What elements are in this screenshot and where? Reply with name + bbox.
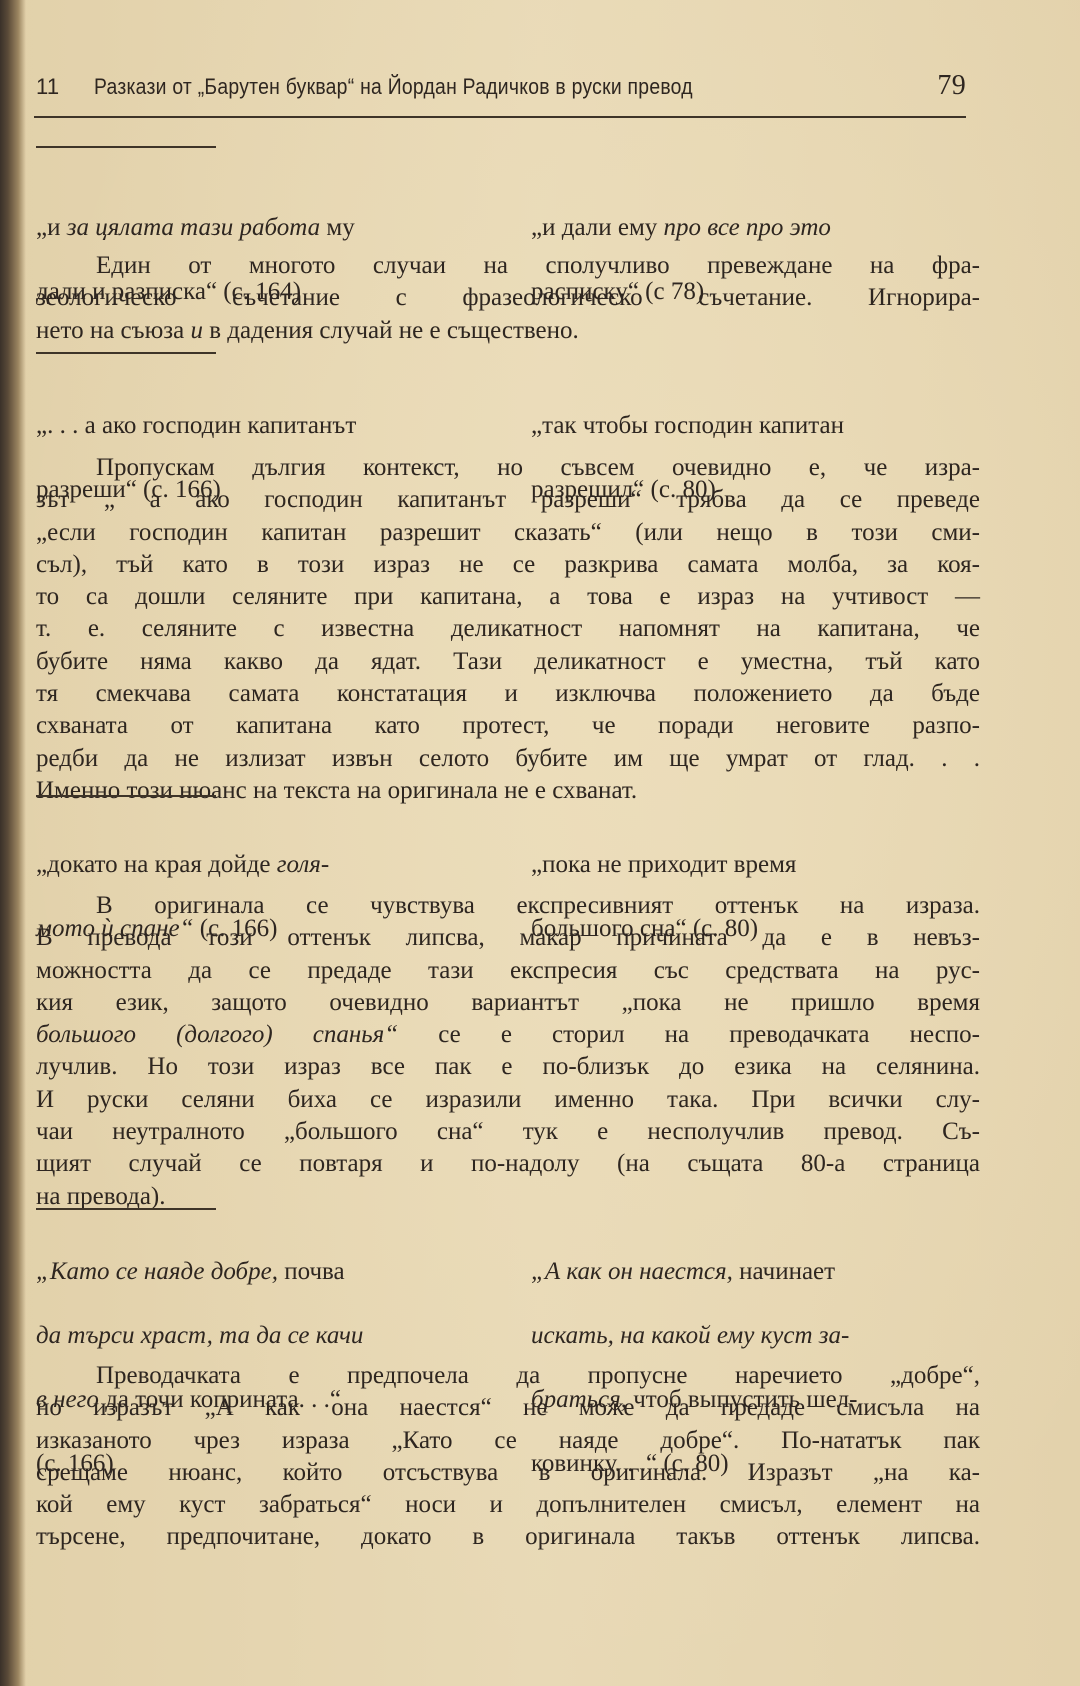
commentary-paragraph-4: Преводачката е предпочела да пропусне на… (36, 1360, 980, 1554)
page-number: 79 (937, 70, 966, 102)
commentary-paragraph-2: Пропускам дългия контекст, но съвсем оче… (36, 452, 980, 807)
separator-rule (36, 352, 216, 354)
chapter-number: 11 (36, 74, 94, 100)
book-page: 11 Разкази от „Барутен буквар“ на Йордан… (0, 0, 1080, 1686)
separator-rule (36, 146, 216, 148)
commentary-paragraph-3: В оригинала се чувствува експресивният о… (36, 890, 980, 1213)
running-title: Разкази от „Барутен буквар“ на Йордан Ра… (94, 74, 861, 100)
commentary-paragraph-1: Един от многото случаи на сполучливо пре… (36, 250, 980, 347)
running-head: 11 Разкази от „Барутен буквар“ на Йордан… (36, 74, 966, 100)
separator-rule (36, 1208, 216, 1210)
separator-rule (36, 795, 216, 797)
header-rule (34, 116, 966, 118)
